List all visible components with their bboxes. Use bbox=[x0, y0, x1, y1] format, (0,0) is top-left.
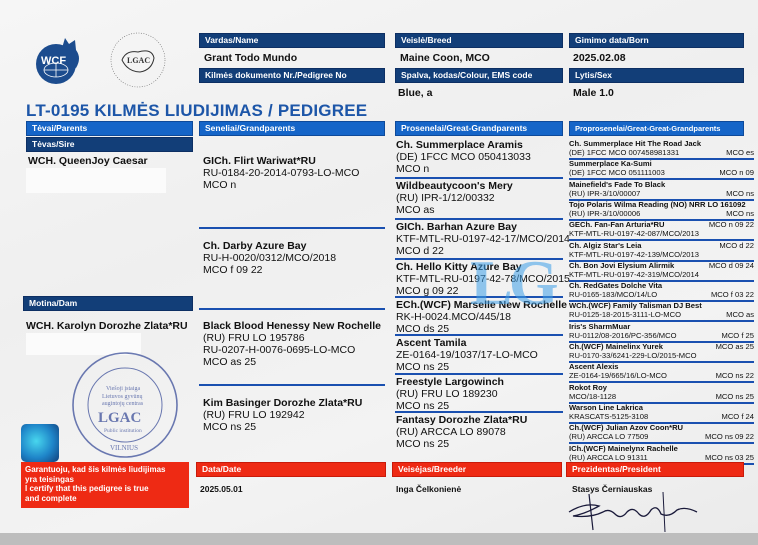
cat-detail: RU-0184-20-2014-0793-LO-MCO bbox=[203, 167, 359, 179]
cat-name: Ch. RedGates Dolche Vita bbox=[569, 281, 662, 290]
great-great-grandparent-entry: Summerplace Ka-Sumi(DE) 1FCC MCO 0511110… bbox=[569, 159, 754, 180]
ems-code: MCO n 09 22 bbox=[709, 220, 754, 229]
ems-code: MCO f 03 22 bbox=[711, 290, 754, 299]
cat-name: Grant Todo Mundo bbox=[204, 52, 297, 64]
great-grandparent-entry: Ch. Summerplace Aramis(DE) 1FCC MCO 0504… bbox=[396, 139, 531, 175]
cat-name: Mainefield's Fade To Black bbox=[569, 180, 665, 189]
cat-detail: RU-0207-H-0076-0695-LO-MCO bbox=[203, 344, 381, 356]
divider bbox=[395, 411, 563, 413]
sex-value: Male 1.0 bbox=[573, 87, 614, 99]
cert-line: I certify that this pedigree is true bbox=[25, 484, 185, 494]
cat-name: Ch. Algiz Star's Leia bbox=[569, 241, 641, 250]
ems-code: MCO as 25 bbox=[716, 342, 754, 351]
grandparent-entry: GICh. Flirt Wariwat*RURU-0184-20-2014-07… bbox=[203, 155, 359, 191]
great-great-grandparent-entry: GECh. Fan-Fan Arturia*RUMCO n 09 22KTF-M… bbox=[569, 220, 754, 241]
dam-name: WCH. Karolyn Dorozhe Zlata*RU bbox=[26, 320, 188, 332]
cat-name: Iris's SharmMuar bbox=[569, 322, 630, 331]
svg-text:Public institution: Public institution bbox=[104, 428, 142, 434]
cat-detail: MCO ns 25 bbox=[396, 361, 538, 373]
official-stamp-icon: Viešoji įstaiga Lietuvos gyvūnų augintoj… bbox=[70, 350, 180, 460]
grandparent-entry: Ch. Darby Azure BayRU-H-0020/0312/MCO/20… bbox=[203, 240, 336, 276]
cat-detail: MCO n bbox=[203, 179, 359, 191]
document-title: LT-0195 KILMĖS LIUDIJIMAS / PEDIGREE bbox=[26, 101, 367, 121]
divider bbox=[199, 384, 385, 386]
registration-no: ZE-0164-19/665/16/LO-MCO bbox=[569, 371, 667, 380]
ems-code: MCO es bbox=[726, 148, 754, 157]
cat-detail: (DE) 1FCC MCO 050413033 bbox=[396, 151, 531, 163]
great-great-grandparent-entry: Mainefield's Fade To Black(RU) IPR-3/10/… bbox=[569, 180, 754, 201]
registration-no: KTF-MTL-RU-0197-42-087/MCO/2013 bbox=[569, 229, 699, 238]
cat-name: ICh.(WCF) Mainelynx Rachelle bbox=[569, 444, 678, 453]
great-great-grandparent-entry: Tojo Polaris Wilma Reading (NO) NRR LO 1… bbox=[569, 200, 754, 221]
page-edge bbox=[0, 533, 758, 545]
great-great-grandparent-entry: Iris's SharmMuarRU-0112/08-2016/PC-356/M… bbox=[569, 322, 754, 343]
sire-label: Tėvas/Sire bbox=[26, 137, 193, 152]
registration-no: KRASCATS-5125-3108 bbox=[569, 412, 648, 421]
sire-name: WCH. QueenJoy Caesar bbox=[28, 155, 148, 167]
cat-detail: RU-H-0020/0312/MCO/2018 bbox=[203, 252, 336, 264]
registration-no: (DE) 1FCC MCO 051111003 bbox=[569, 168, 665, 177]
pedigree-certificate: WCF LGAC Vardas/Name Grant Todo Mundo Ki… bbox=[0, 0, 758, 533]
great-great-grandparent-entry: Warson Line LakricaKRASCATS-5125-3108MCO… bbox=[569, 403, 754, 424]
cat-detail: (RU) FRU LO 192942 bbox=[203, 409, 362, 421]
cat-name: Kim Basinger Dorozhe Zlata*RU bbox=[203, 397, 362, 409]
cat-detail: KTF-MTL-RU-0197-42-17/MCO/2014 bbox=[396, 233, 570, 245]
colour-label: Spalva, kodas/Colour, EMS code bbox=[395, 68, 563, 83]
name-label: Vardas/Name bbox=[199, 33, 385, 48]
great-grandparent-entry: Freestyle Largowinch(RU) FRU LO 189230MC… bbox=[396, 376, 504, 412]
registration-no: KTF-MTL-RU-0197-42-139/MCO/2013 bbox=[569, 250, 699, 259]
cat-detail: (RU) FRU LO 189230 bbox=[396, 388, 504, 400]
born-label: Gimimo data/Born bbox=[569, 33, 744, 48]
divider bbox=[395, 218, 563, 220]
breeder-value: Inga Čelkonienė bbox=[396, 484, 461, 494]
divider bbox=[199, 227, 385, 229]
cat-detail: ZE-0164-19/1037/17-LO-MCO bbox=[396, 349, 538, 361]
cat-name: Ch.(WCF) Julian Azov Coon*RU bbox=[569, 423, 683, 432]
date-value: 2025.05.01 bbox=[200, 484, 243, 494]
hologram-sticker-icon bbox=[21, 424, 59, 462]
ems-code: MCO d 22 bbox=[719, 241, 754, 250]
cat-name: Rokot Roy bbox=[569, 383, 607, 392]
cat-name: Ch.(WCF) Mainelinx Yurek bbox=[569, 342, 663, 351]
svg-text:VILNIUS: VILNIUS bbox=[110, 444, 138, 452]
grandparent-entry: Kim Basinger Dorozhe Zlata*RU(RU) FRU LO… bbox=[203, 397, 362, 433]
great-great-grandparent-entry: WCh.(WCF) Family Talisman DJ BestRU-0125… bbox=[569, 301, 754, 322]
divider bbox=[395, 373, 563, 375]
ems-code: MCO f 25 bbox=[722, 331, 755, 340]
born-value: 2025.02.08 bbox=[573, 52, 626, 64]
cat-name: Tojo Polaris Wilma Reading (NO) NRR LO 1… bbox=[569, 200, 746, 209]
cat-name: Ch. Summerplace Aramis bbox=[396, 139, 531, 151]
parents-header: Tėvai/Parents bbox=[26, 121, 193, 136]
ems-code: MCO ns 25 bbox=[716, 392, 754, 401]
ems-code: MCO as bbox=[726, 310, 754, 319]
great-great-grandparent-entry: Ch.(WCF) Julian Azov Coon*RU(RU) ARCCA L… bbox=[569, 423, 754, 444]
great-great-grandparent-entry: Ch. Bon Jovi Elysium AlirmikMCO d 09 24K… bbox=[569, 261, 754, 282]
grandparents-header: Seneliai/Grandparents bbox=[199, 121, 385, 136]
cat-name: Ascent Tamila bbox=[396, 337, 538, 349]
ems-code: MCO f 24 bbox=[722, 412, 755, 421]
registration-no: MCO/18-1128 bbox=[569, 392, 616, 401]
cat-name: Ch. Bon Jovi Elysium Alirmik bbox=[569, 261, 674, 270]
cat-detail: MCO as bbox=[396, 204, 513, 216]
cert-line: and complete bbox=[25, 494, 185, 504]
great-great-grandparent-entry: Ch.(WCF) Mainelinx YurekMCO as 25RU-0170… bbox=[569, 342, 754, 363]
registration-no: RU-0165-183/MCO/14/LO bbox=[569, 290, 657, 299]
cat-detail: (RU) ARCCA LO 89078 bbox=[396, 426, 527, 438]
cat-name: GICh. Barhan Azure Bay bbox=[396, 221, 570, 233]
cat-name: Ascent Alexis bbox=[569, 362, 619, 371]
grandparent-entry: Black Blood Henessy New Rochelle(RU) FRU… bbox=[203, 320, 381, 368]
divider bbox=[199, 308, 385, 310]
great-grandparent-entry: Wildbeautycoon's Mery(RU) IPR-1/12/00332… bbox=[396, 180, 513, 216]
cert-line: Garantuoju, kad šis kilmės liudijimas bbox=[25, 465, 185, 475]
registration-no: (RU) IPR-3/10/00006 bbox=[569, 209, 640, 218]
wcf-logo-icon: WCF bbox=[32, 34, 84, 86]
ems-code: MCO ns 03 25 bbox=[705, 453, 754, 462]
cat-detail: (RU) IPR-1/12/00332 bbox=[396, 192, 513, 204]
cat-detail: (RU) FRU LO 195786 bbox=[203, 332, 381, 344]
breeder-label: Veisėjas/Breeder bbox=[392, 462, 562, 477]
svg-text:LGAC: LGAC bbox=[98, 410, 141, 426]
great-great-grandparent-entry: Rokot RoyMCO/18-1128MCO ns 25 bbox=[569, 383, 754, 404]
president-label: Prezidentas/President bbox=[566, 462, 744, 477]
registration-no: RU-0125-18-2015-3111-LO-MCO bbox=[569, 310, 681, 319]
cat-name: Freestyle Largowinch bbox=[396, 376, 504, 388]
ems-code: MCO ns 22 bbox=[716, 371, 754, 380]
date-label: Data/Date bbox=[196, 462, 386, 477]
lgac-logo-icon: LGAC bbox=[108, 30, 168, 90]
cert-line: yra teisingas bbox=[25, 475, 185, 485]
ems-code: MCO d 09 24 bbox=[709, 261, 754, 270]
great-great-grandparent-entry: Ascent AlexisZE-0164-19/665/16/LO-MCOMCO… bbox=[569, 362, 754, 383]
svg-text:WCF: WCF bbox=[41, 55, 66, 67]
cat-detail: MCO as 25 bbox=[203, 356, 381, 368]
ems-code: MCO ns bbox=[726, 209, 754, 218]
registration-no: KTF-MTL-RU-0197-42-319/MCO/2014 bbox=[569, 270, 699, 279]
certification-box: Garantuoju, kad šis kilmės liudijimas yr… bbox=[21, 462, 189, 508]
great-great-grandparent-entry: Ch. Algiz Star's LeiaMCO d 22KTF-MTL-RU-… bbox=[569, 241, 754, 262]
cat-name: WCh.(WCF) Family Talisman DJ Best bbox=[569, 301, 702, 310]
registration-no: RU-0170-33/6241-229-LO/2015-MCO bbox=[569, 351, 696, 360]
registration-no: (RU) ARCCA LO 91311 bbox=[569, 453, 648, 462]
cat-name: Wildbeautycoon's Mery bbox=[396, 180, 513, 192]
breed-value: Maine Coon, MCO bbox=[400, 52, 490, 64]
registration-no: (RU) ARCCA LO 77509 bbox=[569, 432, 648, 441]
cat-name: GECh. Fan-Fan Arturia*RU bbox=[569, 220, 665, 229]
ems-code: MCO n 09 bbox=[719, 168, 754, 177]
great-grandparent-entry: Ascent TamilaZE-0164-19/1037/17-LO-MCOMC… bbox=[396, 337, 538, 373]
ems-code: MCO ns bbox=[726, 189, 754, 198]
great-grandparents-header: Prosenelai/Great-Grandparents bbox=[395, 121, 563, 136]
great-great-grandparent-entry: Ch. RedGates Dolche VitaRU-0165-183/MCO/… bbox=[569, 281, 754, 302]
divider bbox=[395, 177, 563, 179]
cat-detail: MCO n bbox=[396, 163, 531, 175]
svg-text:augintojų centras: augintojų centras bbox=[102, 401, 144, 407]
cat-detail: MCO ns 25 bbox=[203, 421, 362, 433]
cat-name: Warson Line Lakrica bbox=[569, 403, 643, 412]
svg-text:Lietuvos gyvūnų: Lietuvos gyvūnų bbox=[102, 394, 143, 400]
cat-name: Black Blood Henessy New Rochelle bbox=[203, 320, 381, 332]
great-great-grandparents-header: Proprosenelai/Great-Great-Grandparents bbox=[569, 121, 744, 136]
dam-label: Motina/Dam bbox=[23, 296, 193, 311]
great-grandparent-entry: Fantasy Dorozhe Zlata*RU(RU) ARCCA LO 89… bbox=[396, 414, 527, 450]
registration-no: (DE) 1FCC MCO 007458981331 bbox=[569, 148, 679, 157]
registration-no: RU-0112/08-2016/PC-356/MCO bbox=[569, 331, 677, 340]
ems-code: MCO ns 09 22 bbox=[705, 432, 754, 441]
cat-detail: MCO ns 25 bbox=[396, 438, 527, 450]
cat-name: Summerplace Ka-Sumi bbox=[569, 159, 652, 168]
colour-value: Blue, a bbox=[398, 87, 432, 99]
cat-detail: MCO f 09 22 bbox=[203, 264, 336, 276]
cat-name: GICh. Flirt Wariwat*RU bbox=[203, 155, 359, 167]
svg-text:LGAC: LGAC bbox=[127, 56, 150, 65]
divider bbox=[395, 334, 563, 336]
great-great-grandparent-entry: Ch. Summerplace Hit The Road Jack(DE) 1F… bbox=[569, 139, 754, 160]
sex-label: Lytis/Sex bbox=[569, 68, 744, 83]
breed-label: Veislė/Breed bbox=[395, 33, 563, 48]
cat-name: Fantasy Dorozhe Zlata*RU bbox=[396, 414, 527, 426]
signature-icon bbox=[565, 492, 715, 532]
lgac-watermark: LG bbox=[470, 246, 554, 320]
cat-name: Ch. Summerplace Hit The Road Jack bbox=[569, 139, 701, 148]
registration-no: (RU) IPR-3/10/00007 bbox=[569, 189, 640, 198]
svg-text:Viešoji įstaiga: Viešoji įstaiga bbox=[106, 386, 140, 392]
redaction-box bbox=[26, 168, 166, 193]
pedigree-no-label: Kilmės dokumento Nr./Pedigree No bbox=[199, 68, 385, 83]
cat-name: Ch. Darby Azure Bay bbox=[203, 240, 336, 252]
